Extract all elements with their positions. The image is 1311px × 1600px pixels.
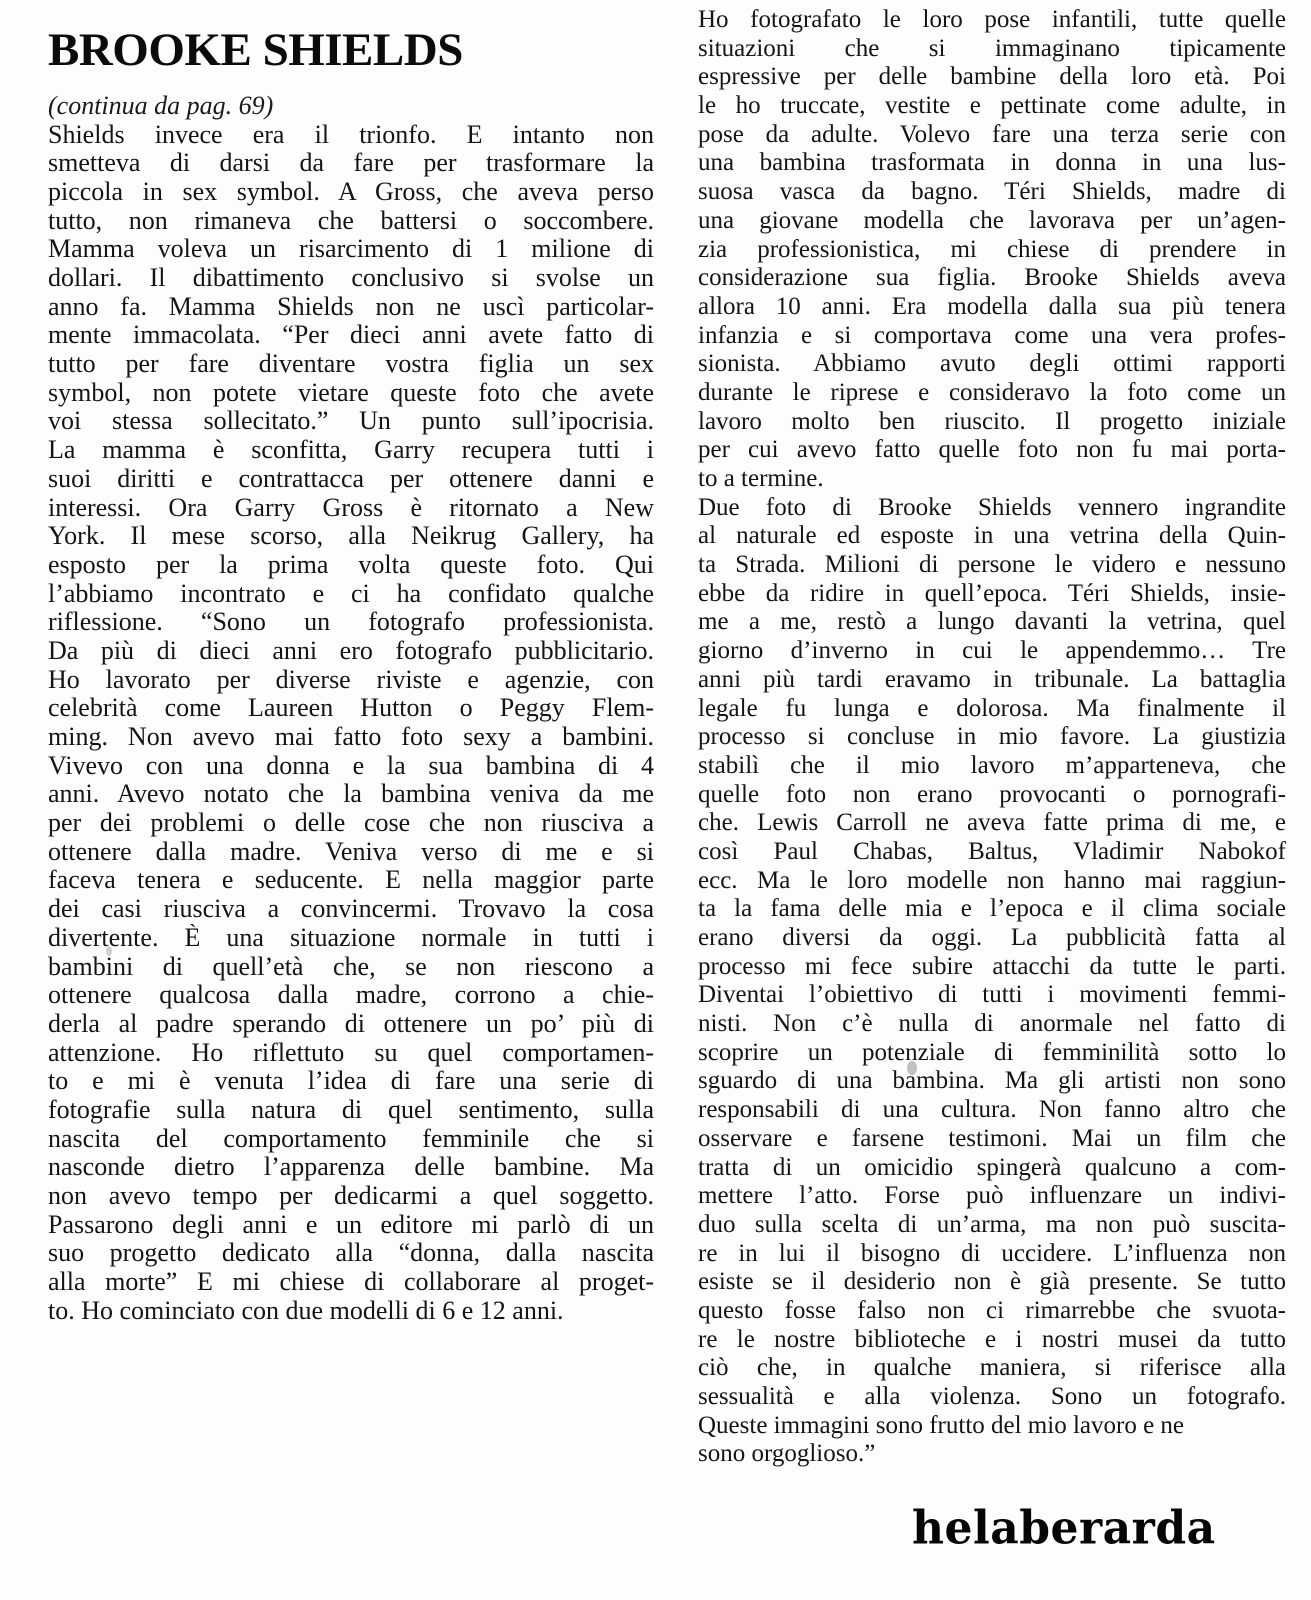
- text-line: re le nostre biblioteche e i nostri muse…: [698, 1326, 1286, 1355]
- text-line: osservare e farsene testimoni. Mai un fi…: [698, 1125, 1286, 1154]
- text-line: sionista. Abbiamo avuto degli ottimi rap…: [698, 350, 1286, 379]
- text-line: per dei problemi o delle cose che non ri…: [48, 809, 654, 838]
- text-line: Vivevo con una donna e la sua bambina di…: [48, 752, 654, 781]
- magazine-page: BROOKE SHIELDS (continua da pag. 69) Shi…: [0, 0, 1311, 1600]
- text-line: tutto per fare diventare vostra figlia u…: [48, 350, 654, 379]
- text-line: una bambina trasformata in donna in una …: [698, 149, 1286, 178]
- text-line: piccola in sex symbol. A Gross, che avev…: [48, 178, 654, 207]
- text-line: una giovane modella che lavorava per un’…: [698, 207, 1286, 236]
- watermark: helaberarda: [912, 1502, 1216, 1556]
- text-line: mente immacolata. “Per dieci anni avete …: [48, 321, 654, 350]
- text-line: Mamma voleva un risarcimento di 1 milion…: [48, 235, 654, 264]
- text-line: infanzia e si comportava come una vera p…: [698, 322, 1286, 351]
- text-line: suoi diritti e contrattacca per ottenere…: [48, 465, 654, 494]
- text-line: le ho truccate, vestite e pettinate come…: [698, 92, 1286, 121]
- text-line: bambini di quell’età che, se non riescon…: [48, 953, 654, 982]
- text-line: pose da adulte. Volevo fare una terza se…: [698, 121, 1286, 150]
- continuation-note: (continua da pag. 69): [48, 92, 654, 121]
- text-line: voi stessa sollecitato.” Un punto sull’i…: [48, 407, 654, 436]
- text-line: ottenere qualcosa dalla madre, corrono a…: [48, 981, 654, 1010]
- text-line: scoprire un potenziale di femminilità so…: [698, 1039, 1286, 1068]
- text-line: ebbe da ridire in quell’epoca. Téri Shie…: [698, 580, 1286, 609]
- text-line: anni. Avevo notato che la bambina veniva…: [48, 780, 654, 809]
- text-line: me a me, restò a lungo davanti la vetrin…: [698, 608, 1286, 637]
- text-line: anni più tardi eravamo in tribunale. La …: [698, 666, 1286, 695]
- text-line: erano diversi da oggi. La pubblicità fat…: [698, 924, 1286, 953]
- text-line: York. Il mese scorso, alla Neikrug Galle…: [48, 522, 654, 551]
- text-line: Diventai l’obiettivo di tutti i moviment…: [698, 981, 1286, 1010]
- text-line: alla morte” E mi chiese di collaborare a…: [48, 1268, 654, 1297]
- text-line: processo si concluse in mio favore. La g…: [698, 723, 1286, 752]
- text-line: nisti. Non c’è nulla di anormale nel fat…: [698, 1010, 1286, 1039]
- text-line: interessi. Ora Garry Gross è ritornato a…: [48, 494, 654, 523]
- text-line: derla al padre sperando di ottenere un p…: [48, 1010, 654, 1039]
- text-line: Ho lavorato per diverse riviste e agenzi…: [48, 666, 654, 695]
- text-line: Queste immagini sono frutto del mio lavo…: [698, 1412, 1286, 1441]
- text-line: ottenere dalla madre. Veniva verso di me…: [48, 838, 654, 867]
- text-line: to e mi è venuta l’idea di fare una seri…: [48, 1067, 654, 1096]
- text-line: riflessione. “Sono un fotografo professi…: [48, 608, 654, 637]
- text-line: faceva tenera e seducente. E nella maggi…: [48, 866, 654, 895]
- text-line: La mamma è sconfitta, Garry recupera tut…: [48, 436, 654, 465]
- text-line: dei casi riusciva a convincermi. Trovavo…: [48, 895, 654, 924]
- text-line: tratta di un omicidio spingerà qualcuno …: [698, 1154, 1286, 1183]
- text-line: tutto, non rimaneva che battersi o socco…: [48, 207, 654, 236]
- text-line: mettere l’atto. Forse può influenzare un…: [698, 1182, 1286, 1211]
- text-line: ta Strada. Milioni di persone le videro …: [698, 551, 1286, 580]
- text-line: durante le riprese e consideravo la foto…: [698, 379, 1286, 408]
- text-line: nasconde dietro l’apparenza delle bambin…: [48, 1153, 654, 1182]
- text-line: non avevo tempo per dedicarmi a quel sog…: [48, 1182, 654, 1211]
- text-line: questo fosse falso non ci rimarrebbe che…: [698, 1297, 1286, 1326]
- text-line: Due foto di Brooke Shields vennero ingra…: [698, 494, 1286, 523]
- text-line: smetteva di darsi da fare per trasformar…: [48, 149, 654, 178]
- text-line: quelle foto non erano provocanti o porno…: [698, 781, 1286, 810]
- text-line: espressive per delle bambine della loro …: [698, 63, 1286, 92]
- print-smudge: [907, 1061, 917, 1075]
- text-line: duo sulla scelta di un’arma, ma non può …: [698, 1211, 1286, 1240]
- text-line: lavoro molto ben riuscito. Il progetto i…: [698, 408, 1286, 437]
- text-line: attenzione. Ho riflettuto su quel compor…: [48, 1039, 654, 1068]
- text-line: per cui avevo fatto quelle foto non fu m…: [698, 436, 1286, 465]
- text-line: anno fa. Mamma Shields non ne uscì parti…: [48, 293, 654, 322]
- text-line: ming. Non avevo mai fatto foto sexy a ba…: [48, 723, 654, 752]
- text-line: responsabili di una cultura. Non fanno a…: [698, 1096, 1286, 1125]
- text-line: sessualità e alla violenza. Sono un foto…: [698, 1383, 1286, 1412]
- text-line: stabilì che il mio lavoro m’apparteneva,…: [698, 752, 1286, 781]
- text-line: nascita del comportamento femminile che …: [48, 1125, 654, 1154]
- article-title: BROOKE SHIELDS: [48, 22, 654, 92]
- right-column: Ho fotografato le loro pose infantili, t…: [698, 6, 1286, 1469]
- text-line: processo mi fece subire attacchi da tutt…: [698, 953, 1286, 982]
- text-line: legale fu lunga e dolorosa. Ma finalment…: [698, 695, 1286, 724]
- text-line: sono orgoglioso.”: [698, 1440, 1286, 1469]
- text-line: che. Lewis Carroll ne aveva fatte prima …: [698, 809, 1286, 838]
- text-line: divertente. È una situazione normale in …: [48, 924, 654, 953]
- right-column-text: Ho fotografato le loro pose infantili, t…: [698, 6, 1286, 1469]
- text-line: suosa vasca da bagno. Téri Shields, madr…: [698, 178, 1286, 207]
- text-line: re in lui il bisogno di uccidere. L’infl…: [698, 1240, 1286, 1269]
- text-line: zia professionistica, mi chiese di prend…: [698, 236, 1286, 265]
- text-line: to. Ho cominciato con due modelli di 6 e…: [48, 1297, 654, 1326]
- text-line: Passarono degli anni e un editore mi par…: [48, 1211, 654, 1240]
- text-line: sguardo di una bambina. Ma gli artisti n…: [698, 1067, 1286, 1096]
- text-line: considerazione sua figlia. Brooke Shield…: [698, 264, 1286, 293]
- text-line: Da più di dieci anni ero fotografo pubbl…: [48, 637, 654, 666]
- text-line: situazioni che si immaginano tipicamente: [698, 35, 1286, 64]
- text-line: dollari. Il dibattimento conclusivo si s…: [48, 264, 654, 293]
- text-line: allora 10 anni. Era modella dalla sua pi…: [698, 293, 1286, 322]
- text-line: symbol, non potete vietare queste foto c…: [48, 379, 654, 408]
- text-line: così Paul Chabas, Baltus, Vladimir Nabok…: [698, 838, 1286, 867]
- text-line: ta la fama delle mia e l’epoca e il clim…: [698, 895, 1286, 924]
- text-line: esiste se il desiderio non è già present…: [698, 1268, 1286, 1297]
- text-line: to a termine.: [698, 465, 1286, 494]
- text-line: fotografie sulla natura di quel sentimen…: [48, 1096, 654, 1125]
- text-line: Shields invece era il trionfo. E intanto…: [48, 121, 654, 150]
- text-line: al naturale ed esposte in una vetrina de…: [698, 522, 1286, 551]
- text-line: Ho fotografato le loro pose infantili, t…: [698, 6, 1286, 35]
- text-line: esposto per la prima volta queste foto. …: [48, 551, 654, 580]
- text-line: ciò che, in qualche maniera, si riferisc…: [698, 1354, 1286, 1383]
- text-line: ecc. Ma le loro modelle non hanno mai ra…: [698, 867, 1286, 896]
- left-column-text: Shields invece era il trionfo. E intanto…: [48, 121, 654, 1326]
- text-line: celebrità come Laureen Hutton o Peggy Fl…: [48, 694, 654, 723]
- text-line: suo progetto dedicato alla “donna, dalla…: [48, 1239, 654, 1268]
- print-smudge: [106, 946, 112, 956]
- left-column: BROOKE SHIELDS (continua da pag. 69) Shi…: [48, 22, 654, 1325]
- text-line: giorno d’inverno in cui le appendemmo… T…: [698, 637, 1286, 666]
- text-line: l’abbiamo incontrato e ci ha confidato q…: [48, 580, 654, 609]
